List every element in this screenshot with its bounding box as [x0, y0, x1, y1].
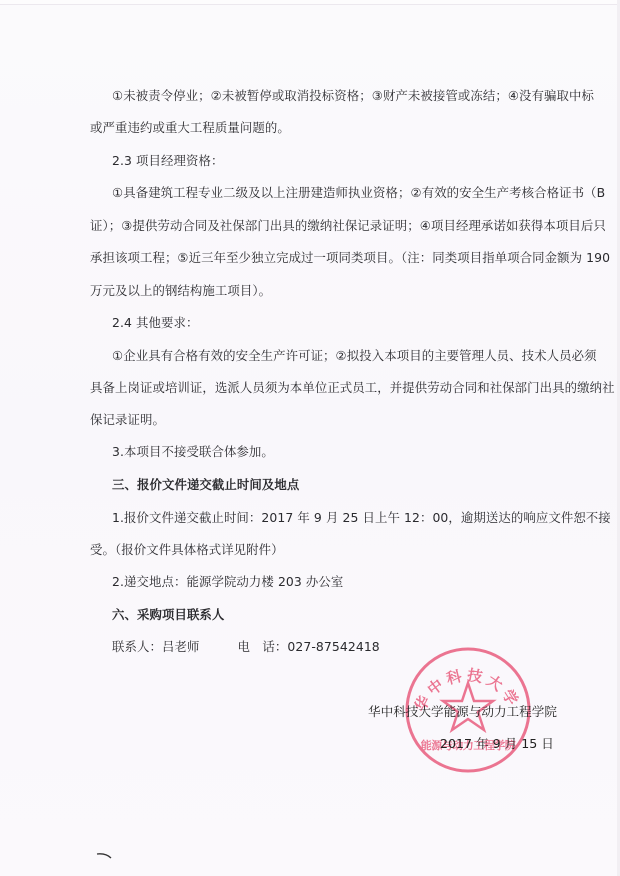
- contact-line: 联系人：吕老师电 话：027-87542418: [112, 639, 380, 655]
- text-line-16: 2.递交地点：能源学院动力楼 203 办公室: [112, 574, 343, 590]
- signature-date: 2017 年 9 月 15 日: [440, 736, 554, 752]
- text-line-15: 受。（报价文件具体格式详见附件）: [90, 542, 284, 558]
- contact-person: 联系人：吕老师: [112, 639, 199, 654]
- text-line-6: 承担该项工程；⑤近三年至少独立完成过一项同类项目。（注：同类项目指单项合同金额为…: [90, 250, 610, 266]
- text-line-12: 3.本项目不接受联合体参加。: [112, 444, 274, 460]
- text-line-9: ①企业具有合格有效的安全生产许可证；②拟投入本项目的主要管理人员、技术人员必须: [112, 348, 597, 364]
- signature-organization: 华中科技大学能源与动力工程学院: [368, 704, 557, 720]
- page-top-edge: [0, 0, 620, 5]
- text-line-10: 具备上岗证或培训证，选派人员须为本单位正式员工，并提供劳动合同和社保部门出具的缴…: [90, 380, 615, 396]
- text-line-5: 证）；③提供劳动合同及社保部门出具的缴纳社保记录证明；④项目经理承诺如获得本项目…: [90, 218, 606, 234]
- text-line-14: 1.报价文件递交截止时间：2017 年 9 月 25 日上午 12：00，逾期送…: [112, 510, 611, 526]
- section-heading-2-3: 2.3 项目经理资格：: [112, 153, 223, 169]
- section-heading-6: 六、采购项目联系人: [112, 607, 224, 623]
- text-line-2: 或严重违约或重大工程质量问题的。: [90, 120, 290, 136]
- text-line-11: 保记录证明。: [90, 412, 165, 428]
- document-page: ①未被责令停业；②未被暂停或取消投标资格；③财产未被接管或冻结；④没有骗取中标 …: [0, 0, 620, 876]
- contact-phone: 电 话：027-87542418: [237, 639, 379, 654]
- text-line-7: 万元及以上的钢结构施工项目）。: [90, 283, 271, 299]
- pen-mark-icon: [96, 852, 116, 860]
- text-line-1: ①未被责令停业；②未被暂停或取消投标资格；③财产未被接管或冻结；④没有骗取中标: [112, 88, 594, 104]
- text-line-4: ①具备建筑工程专业二级及以上注册建造师执业资格；②有效的安全生产考核合格证书（B: [112, 185, 605, 201]
- section-heading-2-4: 2.4 其他要求：: [112, 315, 199, 331]
- section-heading-3: 三、报价文件递交截止时间及地点: [112, 477, 299, 493]
